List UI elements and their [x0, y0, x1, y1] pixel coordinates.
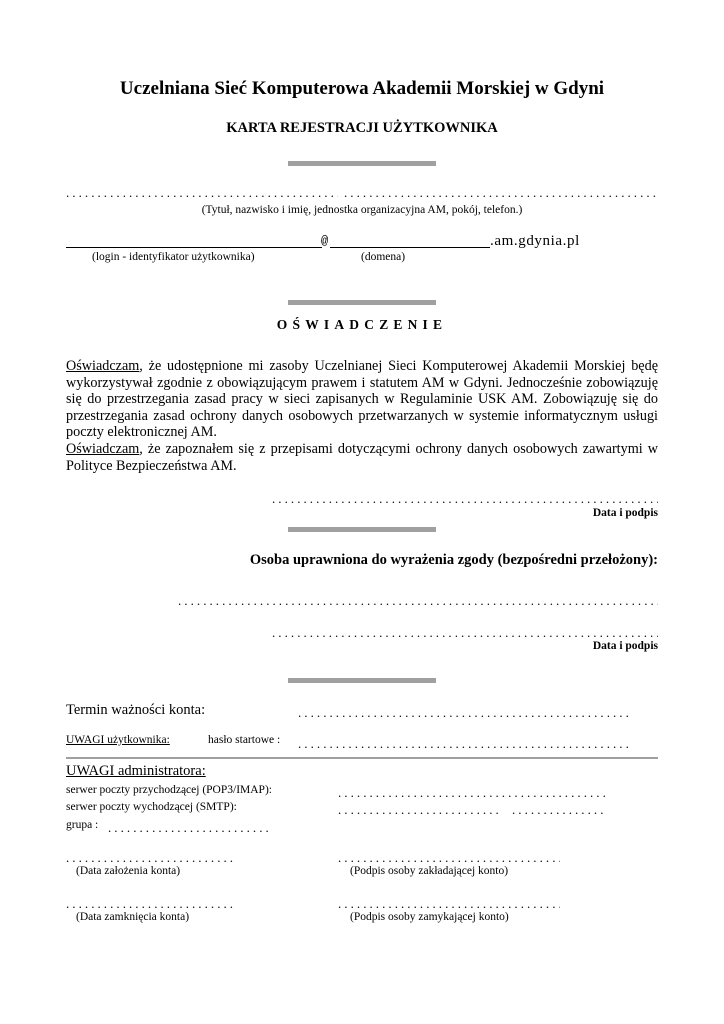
closed-by-field[interactable]: ........................................…: [338, 897, 560, 910]
separator-bar: [288, 678, 436, 683]
domain-field[interactable]: [330, 247, 490, 248]
closed-by-caption: (Podpis osoby zamykającej konto): [350, 911, 509, 923]
group-label: grupa :: [66, 819, 98, 831]
declaration-heading: OŚWIADCZENIE: [0, 317, 724, 333]
separator-bar: [288, 300, 436, 305]
incoming-server-field[interactable]: ........................................…: [338, 786, 606, 799]
admin-separator: [66, 757, 658, 759]
personal-info-caption: (Tytuł, nazwisko i imię, jednostka organ…: [0, 204, 724, 216]
separator-bar: [288, 161, 436, 166]
domain-caption: (domena): [361, 251, 405, 263]
created-by-caption: (Podpis osoby zakładającej konto): [350, 865, 508, 877]
closed-date-caption: (Data zamknięcia konta): [76, 911, 189, 923]
declaration-paragraph-2: , że zapoznałem się z przepisami dotyczą…: [66, 441, 658, 474]
login-field[interactable]: [66, 247, 322, 248]
personal-info-field-part1[interactable]: ........................................…: [66, 186, 338, 199]
declaration-lead: Oświadczam: [66, 358, 139, 374]
declaration-text: Oświadczam, że udostępnione mi zasoby Uc…: [66, 358, 658, 474]
supervisor-signature-field[interactable]: ........................................…: [272, 626, 658, 639]
created-date-field[interactable]: ......................................: [66, 851, 234, 864]
declaration-lead: Oświadczam: [66, 441, 139, 457]
outgoing-server-field-part1[interactable]: .....................................: [338, 803, 502, 816]
domain-suffix: .am.gdynia.pl: [490, 233, 580, 250]
admin-heading: UWAGI administratora:: [66, 763, 206, 780]
declaration-signature-field[interactable]: ........................................…: [272, 492, 658, 505]
supervisor-signature-caption: Data i podpis: [593, 640, 658, 652]
created-by-field[interactable]: ........................................…: [338, 851, 560, 864]
declaration-paragraph-1: , że udostępnione mi zasoby Uczelnianej …: [66, 358, 658, 440]
start-password-label: hasło startowe :: [208, 734, 280, 746]
personal-info-field-part2[interactable]: ........................................…: [344, 186, 658, 199]
incoming-server-label: serwer poczty przychodzącej (POP3/IMAP):: [66, 784, 272, 796]
expiry-field[interactable]: ........................................…: [298, 706, 632, 719]
closed-date-field[interactable]: ......................................: [66, 897, 234, 910]
created-date-caption: (Data założenia konta): [76, 865, 180, 877]
outgoing-server-label: serwer poczty wychodzącej (SMTP):: [66, 801, 237, 813]
group-field[interactable]: ....................................: [108, 821, 268, 834]
user-notes-label: UWAGI użytkownika:: [66, 734, 170, 746]
at-sign: @: [321, 234, 328, 248]
supervisor-name-field[interactable]: ........................................…: [178, 594, 658, 607]
document-subtitle: KARTA REJESTRACJI UŻYTKOWNIKA: [0, 120, 724, 137]
declaration-signature-caption: Data i podpis: [593, 507, 658, 519]
separator-bar: [288, 527, 436, 532]
outgoing-server-field-part2[interactable]: .....................: [512, 803, 606, 816]
login-caption: (login - identyfikator użytkownika): [92, 251, 255, 263]
start-password-field[interactable]: ........................................…: [298, 737, 632, 750]
expiry-label: Termin ważności konta:: [66, 702, 205, 719]
supervisor-heading: Osoba uprawniona do wyrażenia zgody (bez…: [250, 552, 658, 569]
document-title: Uczelniana Sieć Komputerowa Akademii Mor…: [0, 78, 724, 100]
